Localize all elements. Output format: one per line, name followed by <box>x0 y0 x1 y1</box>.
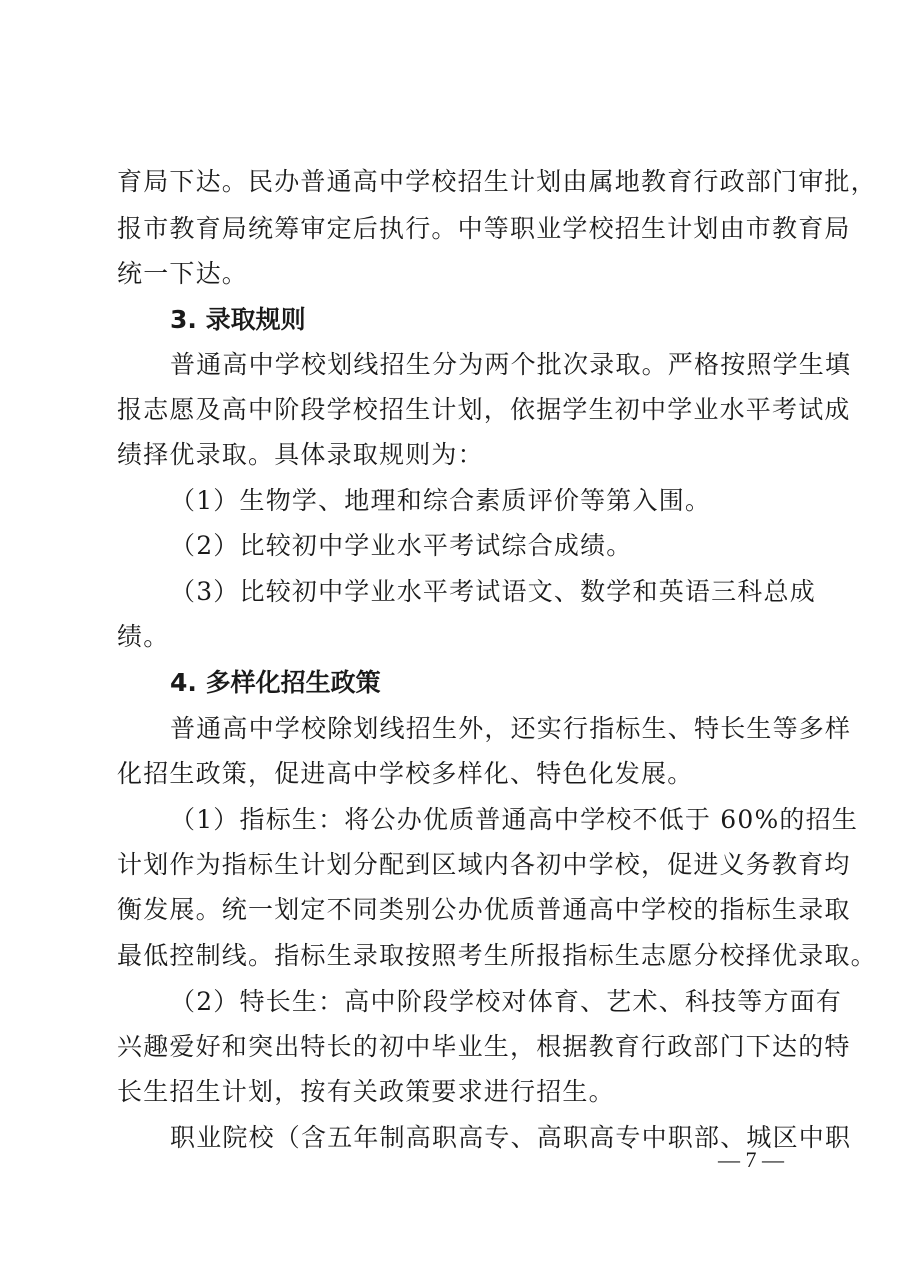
rule-item-1: （1）生物学、地理和综合素质评价等第入围。 <box>170 486 850 516</box>
body-text-line: 普通高中学校除划线招生外，还实行指标生、特长生等多样 <box>170 714 850 744</box>
page-number: — 7 — <box>718 1146 784 1174</box>
body-text-line: 最低控制线。指标生录取按照考生所报指标生志愿分校择优录取。 <box>117 941 797 971</box>
body-text-line: 统一下达。 <box>117 259 797 289</box>
document-page: 育局下达。民办普通高中学校招生计划由属地教育行政部门审批， 报市教育局统筹审定后… <box>0 0 905 1280</box>
body-text-line: 绩。 <box>117 622 797 652</box>
body-text-line: 普通高中学校划线招生分为两个批次录取。严格按照学生填 <box>170 350 850 380</box>
body-text-line: 长生招生计划，按有关政策要求进行招生。 <box>117 1077 797 1107</box>
body-text-line: 衡发展。统一划定不同类别公办优质普通高中学校的指标生录取 <box>117 895 797 925</box>
section-heading-diverse-policy: 4. 多样化招生政策 <box>170 668 381 698</box>
body-text-line: 报市教育局统筹审定后执行。中等职业学校招生计划由市教育局 <box>117 214 797 244</box>
body-text-line: 报志愿及高中阶段学校招生计划，依据学生初中学业水平考试成 <box>117 395 797 425</box>
body-text-line: 化招生政策，促进高中学校多样化、特色化发展。 <box>117 759 797 789</box>
quota-student-item: （1）指标生：将公办优质普通高中学校不低于 60%的招生 <box>170 805 850 835</box>
body-text-line: 兴趣爱好和突出特长的初中毕业生，根据教育行政部门下达的特 <box>117 1032 797 1062</box>
rule-item-3: （3）比较初中学业水平考试语文、数学和英语三科总成 <box>170 577 850 607</box>
body-text-line: 计划作为指标生计划分配到区域内各初中学校，促进义务教育均 <box>117 850 797 880</box>
specialty-student-item: （2）特长生：高中阶段学校对体育、艺术、科技等方面有 <box>170 987 850 1017</box>
body-text-line: 绩择优录取。具体录取规则为： <box>117 440 797 470</box>
section-heading-admission-rules: 3. 录取规则 <box>170 305 306 335</box>
body-text-line: 育局下达。民办普通高中学校招生计划由属地教育行政部门审批， <box>117 167 797 197</box>
rule-item-2: （2）比较初中学业水平考试综合成绩。 <box>170 531 850 561</box>
